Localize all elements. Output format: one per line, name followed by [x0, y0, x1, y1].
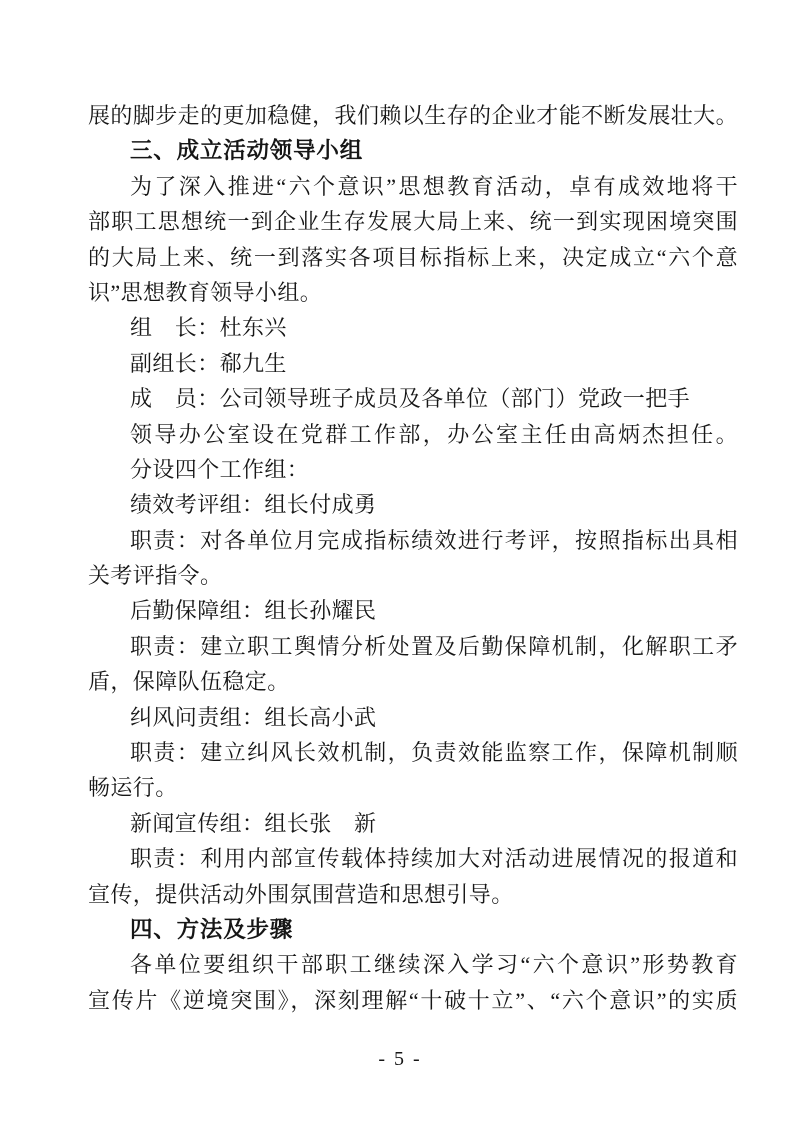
text-line: 宣传片《逆境突围》，深刻理解“十破十立”、“六个意识”的实质 — [88, 983, 738, 1018]
text-line: 职责：对各单位月完成指标绩效进行考评，按照指标出具相 — [88, 523, 738, 558]
text-line: 职责：建立纠风长效机制，负责效能监察工作，保障机制顺 — [88, 735, 738, 770]
text-line: 分设四个工作组： — [88, 452, 738, 487]
document-body: 展的脚步走的更加稳健，我们赖以生存的企业才能不断发展壮大。三、成立活动领导小组为… — [88, 98, 738, 1018]
text-line: 盾，保障队伍稳定。 — [88, 664, 738, 699]
text-line: 组 长：杜东兴 — [88, 310, 738, 345]
text-line: 领导办公室设在党群工作部，办公室主任由高炳杰担任。 — [88, 417, 738, 452]
text-line: 识”思想教育领导小组。 — [88, 275, 738, 310]
text-line: 展的脚步走的更加稳健，我们赖以生存的企业才能不断发展壮大。 — [88, 98, 738, 133]
text-line: 职责：建立职工舆情分析处置及后勤保障机制，化解职工矛 — [88, 629, 738, 664]
text-line: 职责：利用内部宣传载体持续加大对活动进展情况的报道和 — [88, 841, 738, 876]
page-number: - 5 - — [0, 1048, 800, 1071]
text-line: 副组长：郗九生 — [88, 346, 738, 381]
text-line: 宣传，提供活动外围氛围营造和思想引导。 — [88, 877, 738, 912]
text-line: 后勤保障组：组长孙耀民 — [88, 593, 738, 628]
text-line: 绩效考评组：组长付成勇 — [88, 487, 738, 522]
section-heading: 四、方法及步骤 — [88, 912, 738, 947]
document-page: 展的脚步走的更加稳健，我们赖以生存的企业才能不断发展壮大。三、成立活动领导小组为… — [0, 0, 800, 1132]
text-line: 新闻宣传组：组长张 新 — [88, 806, 738, 841]
text-line: 纠风问责组：组长高小武 — [88, 700, 738, 735]
text-line: 成 员：公司领导班子成员及各单位（部门）党政一把手 — [88, 381, 738, 416]
text-line: 关考评指令。 — [88, 558, 738, 593]
text-line: 畅运行。 — [88, 770, 738, 805]
text-line: 各单位要组织干部职工继续深入学习“六个意识”形势教育 — [88, 947, 738, 982]
section-heading: 三、成立活动领导小组 — [88, 133, 738, 168]
text-line: 为了深入推进“六个意识”思想教育活动，卓有成效地将干 — [88, 169, 738, 204]
text-line: 部职工思想统一到企业生存发展大局上来、统一到实现困境突围 — [88, 204, 738, 239]
text-line: 的大局上来、统一到落实各项目标指标上来，决定成立“六个意 — [88, 240, 738, 275]
